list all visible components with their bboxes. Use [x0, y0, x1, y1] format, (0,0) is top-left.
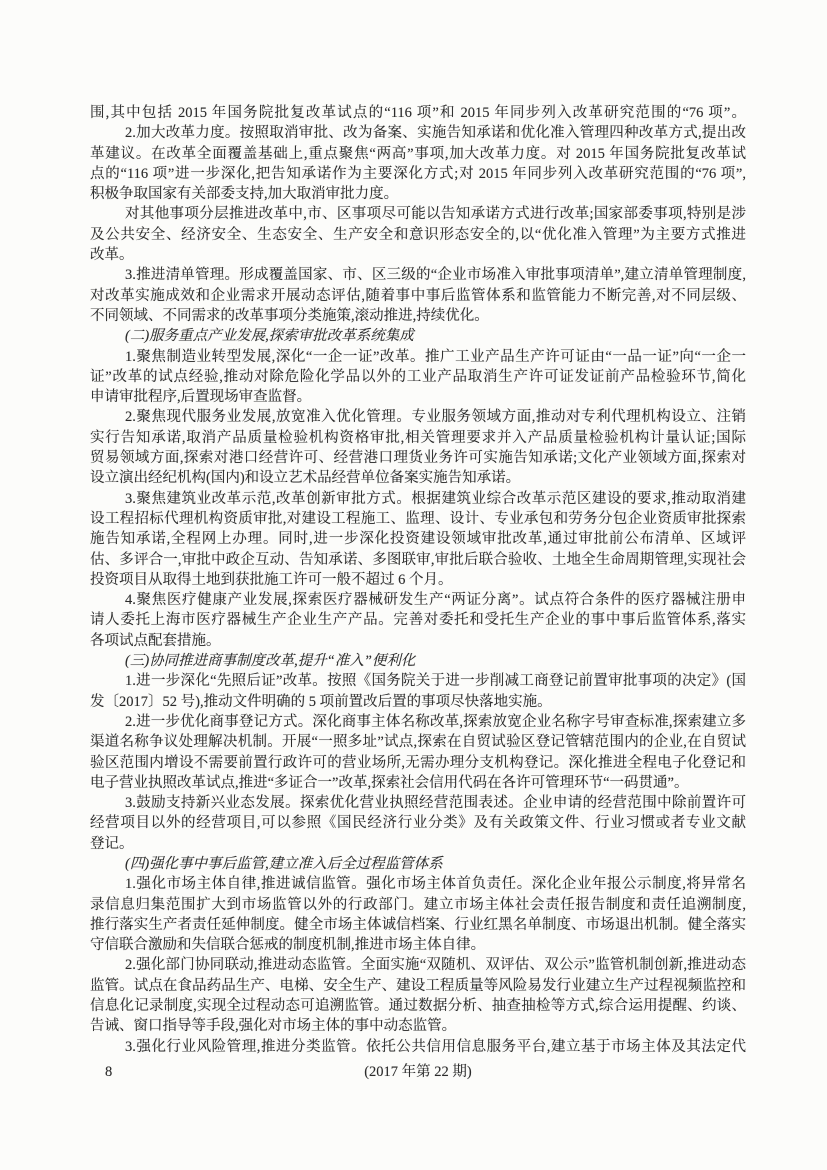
text-line: 估、多评合一,审批中政企互动、告知承诺、多图联审,审批后联合验收、土地全生命周期…: [90, 550, 746, 570]
text-line: 申请审批程序,后置现场审查监督。: [90, 387, 746, 407]
text-line: 登记。: [90, 834, 746, 854]
text-line: 实行告知承诺,取消产品质量检验机构资格审批,相关管理要求并入产品质量检验机构计量…: [90, 428, 746, 448]
text-line: 1.强化市场主体自律,推进诚信监管。强化市场主体首负责任。深化企业年报公示制度,…: [90, 874, 746, 894]
text-line: 渠道名称争议处理解决机制。开展“一照多址”试点,探索在自贸试验区登记管辖范围内的…: [90, 732, 746, 752]
text-line: 对改革实施成效和企业需求开展动态评估,随着事中事后监管体系和监管能力不断完善,对…: [90, 286, 746, 306]
text-line: 施告知承诺,全程网上办理。同时,进一步深化投资建设领域审批改革,通过审批前公布清…: [90, 529, 746, 549]
text-line: 设立演出经纪机构(国内)和设立艺术品经营单位备案实施告知承诺。: [90, 468, 746, 488]
text-line: 监管。试点在食品药品生产、电梯、安全生产、建设工程质量等风险易发行业建立生产过程…: [90, 976, 746, 996]
text-line: 推行落实生产者责任延伸制度。健全市场主体诚信档案、行业红黑名单制度、市场退出机制…: [90, 915, 746, 935]
text-line: 2.加大改革力度。按照取消审批、改为备案、实施告知承诺和优化准入管理四种改革方式…: [90, 123, 746, 143]
text-line: 3.鼓励支持新兴业态发展。探索优化营业执照经营范围表述。企业申请的经营范围中除前…: [90, 793, 746, 813]
text-line: 及公共安全、经济安全、生态安全、生产安全和意识形态安全的,以“优化准入管理”为主…: [90, 225, 746, 245]
text-line: 3.强化行业风险管理,推进分类监管。依托公共信用信息服务平台,建立基于市场主体及…: [90, 1037, 746, 1057]
text-line: 各项试点配套措施。: [90, 631, 746, 651]
text-line: 2.聚焦现代服务业发展,放宽准入优化管理。专业服务领域方面,推动对专利代理机构设…: [90, 407, 746, 427]
page-footer: 8 (2017 年第 22 期): [90, 1062, 746, 1082]
document-body: 围,其中包括 2015 年国务院批复改革试点的“116 项”和 2015 年同步…: [90, 103, 746, 1057]
text-line: 录信息归集范围扩大到市场监管以外的行政部门。建立市场主体社会责任报告制度和责任追…: [90, 895, 746, 915]
text-line: 围,其中包括 2015 年国务院批复改革试点的“116 项”和 2015 年同步…: [90, 103, 746, 123]
text-line: (二)服务重点产业发展,探索审批改革系统集成: [90, 326, 746, 346]
issue-label: (2017 年第 22 期): [364, 1064, 472, 1080]
document-page: 围,其中包括 2015 年国务院批复改革试点的“116 项”和 2015 年同步…: [0, 0, 827, 1170]
text-line: 积极争取国家有关部委支持,加大取消审批力度。: [90, 184, 746, 204]
text-line: 对其他事项分层推进改革中,市、区事项尽可能以告知承诺方式进行改革;国家部委事项,…: [90, 204, 746, 224]
text-line: 守信联合激励和失信联合惩戒的制度机制,推进市场主体自律。: [90, 935, 746, 955]
text-line: 2.强化部门协同联动,推进动态监管。全面实施“双随机、双评估、双公示”监管机制创…: [90, 955, 746, 975]
text-line: 经营项目以外的经营项目,可以参照《国民经济行业分类》及有关政策文件、行业习惯或者…: [90, 813, 746, 833]
text-line: 不同领域、不同需求的改革事项分类施策,滚动推进,持续优化。: [90, 306, 746, 326]
text-line: 1.进一步深化“先照后证”改革。按照《国务院关于进一步削减工商登记前置审批事项的…: [90, 671, 746, 691]
text-line: 信息化记录制度,实现全过程动态可追溯监管。通过数据分析、抽查抽检等方式,综合运用…: [90, 996, 746, 1016]
text-line: 1.聚焦制造业转型发展,深化“一企一证”改革。推广工业产品生产许可证由“一品一证…: [90, 347, 746, 367]
text-line: 3.聚焦建筑业改革示范,改革创新审批方式。根据建筑业综合改革示范区建设的要求,推…: [90, 489, 746, 509]
text-line: (三)协同推进商事制度改革,提升“准入”便利化: [90, 651, 746, 671]
text-line: 2.进一步优化商事登记方式。深化商事主体名称改革,探索放宽企业名称字号审查标准,…: [90, 712, 746, 732]
page-number: 8: [105, 1062, 112, 1082]
text-line: 贸易领域方面,探索对港口经营许可、经营港口理货业务许可实施告知承诺;文化产业领域…: [90, 448, 746, 468]
text-line: 发〔2017〕52 号),推动文件明确的 5 项前置改后置的事项尽快落地实施。: [90, 692, 746, 712]
text-line: 4.聚焦医疗健康产业发展,探索医疗器械研发生产“两证分离”。试点符合条件的医疗器…: [90, 590, 746, 610]
text-line: 验区范围内增设不需要前置行政许可的营业场所,无需办理分支机构登记。深化推进全程电…: [90, 753, 746, 773]
text-line: 改革。: [90, 245, 746, 265]
text-line: 点的“116 项”进一步深化,把告知承诺作为主要深化方式;对 2015 年同步列…: [90, 164, 746, 184]
text-line: (四)强化事中事后监管,建立准入后全过程监管体系: [90, 854, 746, 874]
text-line: 3.推进清单管理。形成覆盖国家、市、区三级的“企业市场准入审批事项清单”,建立清…: [90, 265, 746, 285]
text-line: 革建议。在改革全面覆盖基础上,重点聚焦“两高”事项,加大改革力度。对 2015 …: [90, 144, 746, 164]
text-line: 请人委托上海市医疗器械生产企业生产产品。完善对委托和受托生产企业的事中事后监管体…: [90, 610, 746, 630]
text-line: 设工程招标代理机构资质审批,对建设工程施工、监理、设计、专业承包和劳务分包企业资…: [90, 509, 746, 529]
text-line: 投资项目从取得土地到获批施工许可一般不超过 6 个月。: [90, 570, 746, 590]
text-line: 证”改革的试点经验,推动对除危险化学品以外的工业产品取消生产许可证发证前产品检验…: [90, 367, 746, 387]
text-line: 电子营业执照改革试点,推进“多证合一”改革,探索社会信用代码在各许可管理环节“一…: [90, 773, 746, 793]
text-line: 告诫、窗口指导等手段,强化对市场主体的事中动态监管。: [90, 1016, 746, 1036]
